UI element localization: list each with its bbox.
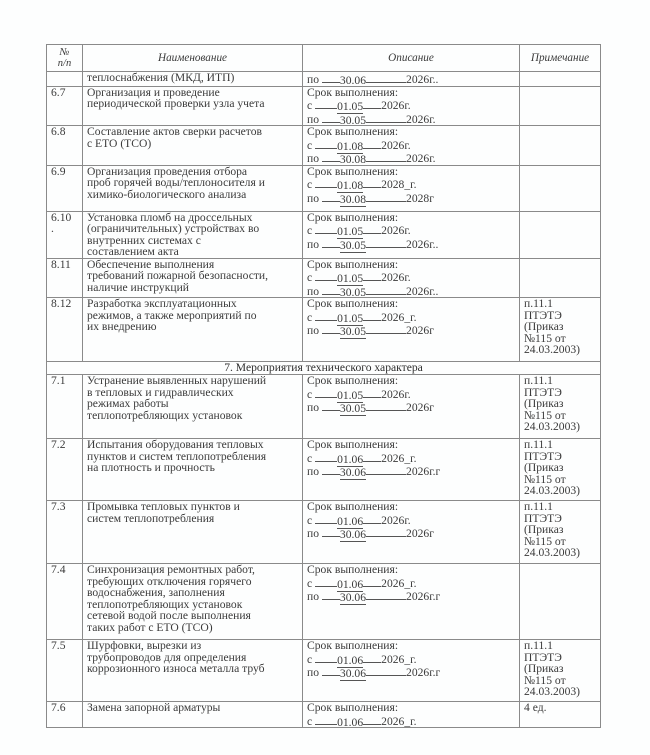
- start-date-line: с 01.062026г.: [307, 513, 515, 527]
- start-date: 01.06: [337, 515, 363, 529]
- row-description: Срок выполнения:с 01.062026_г.: [303, 702, 520, 728]
- row-name: Синхронизация ремонтных работ,требующих …: [83, 564, 303, 640]
- deadline-label: Срок выполнения:: [307, 640, 515, 652]
- blank-underline: [315, 310, 337, 321]
- row-name: Замена запорной арматуры: [83, 702, 303, 728]
- blank-underline: [315, 513, 337, 524]
- date-prefix: с: [307, 577, 312, 590]
- deadline-label: Срок выполнения:: [307, 564, 515, 576]
- end-date: 30.05: [340, 402, 366, 416]
- blank-underline: [363, 387, 381, 398]
- start-date-line: с 01.052026г.: [307, 387, 515, 401]
- blank-underline: [363, 223, 381, 234]
- row-name-line: наличие инструкций: [87, 282, 298, 294]
- row-name: Составление актов сверки расчетовс ЕТО (…: [83, 126, 303, 166]
- end-year: 2026г.: [406, 152, 436, 165]
- row-note: п.11.1ПТЭТЭ(Приказ№115 от24.03.2003): [520, 439, 601, 501]
- row-note: [520, 126, 601, 166]
- blank-underline: [315, 223, 337, 234]
- row-number-text: 6.8: [51, 126, 78, 138]
- row-number: 7.6: [47, 702, 83, 728]
- start-year: 2026_г.: [381, 577, 416, 590]
- blank-underline: [366, 72, 406, 83]
- table-row: 6.7Организация и проведениепериодической…: [47, 86, 601, 126]
- blank-underline: [315, 98, 337, 109]
- start-year: 2026г.: [381, 139, 411, 152]
- end-date: 30.05: [340, 286, 366, 298]
- blank-underline: [366, 237, 406, 248]
- row-description: Срок выполнения:с 01.082026г.по 30.08202…: [303, 126, 520, 166]
- blank-underline: [366, 112, 406, 123]
- end-year: 2026г..: [406, 285, 438, 298]
- row-note: [520, 564, 601, 640]
- end-date: 30.06: [340, 74, 366, 86]
- start-year: 2026г.: [381, 514, 411, 527]
- row-note: 4 ед.: [520, 702, 601, 728]
- start-date-line: с 01.062026_г.: [307, 652, 515, 666]
- header-description: Описание: [303, 45, 520, 72]
- blank-underline: [315, 387, 337, 398]
- row-number-text: 7.3: [51, 501, 78, 513]
- row-name-line: с ЕТО (ТСО): [87, 138, 298, 150]
- note-line: п.11.1: [524, 640, 596, 652]
- row-number-text: 8.12: [51, 298, 78, 310]
- note-line: (Приказ: [524, 321, 596, 333]
- row-number: 6.10.: [47, 211, 83, 258]
- table-row: 8.12Разработка эксплуатационныхрежимов, …: [47, 298, 601, 362]
- deadline-label: Срок выполнения:: [307, 439, 515, 451]
- end-year: 2026г.: [406, 113, 436, 126]
- start-year: 2026г.: [381, 271, 411, 284]
- end-date: 30.06: [340, 466, 366, 480]
- start-date: 01.05: [337, 225, 363, 239]
- date-prefix: по: [307, 73, 319, 86]
- end-year: 2026г.г: [406, 590, 440, 603]
- deadline-label: Срок выполнения:: [307, 298, 515, 310]
- row-number-text: 7.1: [51, 375, 78, 387]
- start-date-line: с 01.052026г.: [307, 270, 515, 284]
- row-description: Срок выполнения:с 01.062026_г.по 30.0620…: [303, 640, 520, 702]
- deadline-label: Срок выполнения:: [307, 259, 515, 271]
- blank-underline: [322, 72, 340, 83]
- blank-underline: [366, 464, 406, 475]
- row-name-line: таких работ с ЕТО (ТСО): [87, 622, 298, 634]
- table-row: 6.9Организация проведения отборапроб гор…: [47, 165, 601, 211]
- works-schedule-table: № п/п Наименование Описание Примечание т…: [46, 44, 601, 728]
- row-number-text: 7.4: [51, 564, 78, 576]
- row-number-text: 7.5: [51, 640, 78, 652]
- row-note: п.11.1ПТЭТЭ(Приказ№115 от24.03.2003): [520, 640, 601, 702]
- note-line: п.11.1: [524, 439, 596, 451]
- header-name: Наименование: [83, 45, 303, 72]
- blank-underline: [363, 451, 381, 462]
- start-date-line: с 01.082028_г.: [307, 177, 515, 191]
- date-prefix: по: [307, 152, 319, 165]
- note-line: 24.03.2003): [524, 547, 596, 559]
- start-date-line: с 01.052026_г.: [307, 310, 515, 324]
- date-prefix: с: [307, 311, 312, 324]
- date-prefix: по: [307, 465, 319, 478]
- start-date: 01.06: [337, 654, 363, 668]
- row-name-line: на плотность и прочность: [87, 462, 298, 474]
- date-prefix: с: [307, 271, 312, 284]
- start-year: 2026г.: [381, 99, 411, 112]
- end-year: 2026г: [406, 401, 434, 414]
- deadline-label: Срок выполнения:: [307, 375, 515, 387]
- blank-underline: [363, 98, 381, 109]
- row-number-text: 8.11: [51, 259, 78, 271]
- row-name: Обеспечение выполнениятребований пожарно…: [83, 258, 303, 298]
- start-date: 01.08: [337, 140, 363, 154]
- blank-underline: [315, 652, 337, 663]
- note-line: п.11.1: [524, 375, 596, 387]
- date-prefix: с: [307, 715, 312, 728]
- row-name: Испытания оборудования тепловыхпунктов и…: [83, 439, 303, 501]
- row-number-text: 7.2: [51, 439, 78, 451]
- row-description: Срок выполнения:с 01.052026г.по 30.05202…: [303, 258, 520, 298]
- row-name: Шурфовки, вырезки изтрубопроводов для оп…: [83, 640, 303, 702]
- row-name-line: проб горячей воды/теплоносителя и: [87, 177, 298, 189]
- table-header-row: № п/п Наименование Описание Примечание: [47, 45, 601, 72]
- blank-underline: [315, 270, 337, 281]
- note-line: п.11.1: [524, 501, 596, 513]
- end-date: 30.05: [340, 114, 366, 126]
- deadline-label: Срок выполнения:: [307, 87, 515, 99]
- row-number-text: 6.7: [51, 87, 78, 99]
- start-date-line: с 01.082026г.: [307, 138, 515, 152]
- row-number: 7.1: [47, 375, 83, 439]
- date-prefix: по: [307, 527, 319, 540]
- note-line: 24.03.2003): [524, 686, 596, 698]
- blank-underline: [363, 513, 381, 524]
- row-number: 8.12: [47, 298, 83, 362]
- blank-underline: [366, 284, 406, 295]
- row-name-line: водоснабжения, заполнения: [87, 587, 298, 599]
- row-number: [47, 72, 83, 87]
- row-note: п.11.1ПТЭТЭ(Приказ№115 от24.03.2003): [520, 298, 601, 362]
- header-note: Примечание: [520, 45, 601, 72]
- date-prefix: с: [307, 139, 312, 152]
- end-year: 2026г..: [406, 73, 438, 86]
- row-name-line: (ограничительных) устройствах во: [87, 223, 298, 235]
- row-number: 7.2: [47, 439, 83, 501]
- start-date-line: с 01.052026г.: [307, 98, 515, 112]
- row-description: по 30.062026г..: [303, 72, 520, 87]
- row-name-line: теплопотребляющих установок: [87, 410, 298, 422]
- row-note: [520, 165, 601, 211]
- row-description: Срок выполнения:с 01.062026_г.по 30.0620…: [303, 439, 520, 501]
- row-name: Установка пломб на дроссельных(ограничит…: [83, 211, 303, 258]
- table-row: теплоснабжения (МКД, ИТП)по 30.062026г..: [47, 72, 601, 87]
- row-note: [520, 86, 601, 126]
- header-number-label: п/п: [51, 58, 78, 69]
- blank-underline: [363, 714, 381, 725]
- table-row: 7.3Промывка тепловых пунктов исистем теп…: [47, 501, 601, 564]
- start-date: 01.06: [337, 453, 363, 467]
- note-line: (Приказ: [524, 462, 596, 474]
- row-name-line: Устранение выявленных нарушений: [87, 375, 298, 387]
- end-year: 2026г..: [406, 238, 438, 251]
- end-year: 2028г: [406, 192, 434, 205]
- start-year: 2026_г.: [381, 653, 416, 666]
- row-name-line: систем теплопотребления: [87, 513, 298, 525]
- note-line: (Приказ: [524, 398, 596, 410]
- blank-underline: [363, 576, 381, 587]
- date-prefix: с: [307, 653, 312, 666]
- row-name: теплоснабжения (МКД, ИТП): [83, 72, 303, 87]
- row-description: Срок выполнения:с 01.052026г.по 30.05202…: [303, 86, 520, 126]
- note-line: 24.03.2003): [524, 421, 596, 433]
- start-year: 2026_г.: [381, 311, 416, 324]
- row-note: [520, 258, 601, 298]
- note-line: 24.03.2003): [524, 485, 596, 497]
- start-date: 01.05: [337, 312, 363, 326]
- end-year: 2026г.г: [406, 666, 440, 679]
- row-name-line: сетевой водой после выполнения: [87, 610, 298, 622]
- row-number: 6.8: [47, 126, 83, 166]
- row-description: Срок выполнения:с 01.062026г.по 30.06202…: [303, 501, 520, 564]
- blank-underline: [363, 270, 381, 281]
- date-prefix: по: [307, 238, 319, 251]
- date-prefix: с: [307, 388, 312, 401]
- row-number-text: 6.9: [51, 166, 78, 178]
- row-name-line: их внедрению: [87, 321, 298, 333]
- row-note: [520, 211, 601, 258]
- blank-underline: [315, 451, 337, 462]
- end-date-line: по 30.062026г..: [307, 72, 515, 86]
- date-prefix: с: [307, 99, 312, 112]
- date-prefix: с: [307, 452, 312, 465]
- row-description: Срок выполнения:с 01.062026_г.по 30.0620…: [303, 564, 520, 640]
- start-date: 01.06: [337, 716, 363, 728]
- date-prefix: с: [307, 178, 312, 191]
- row-number: 7.5: [47, 640, 83, 702]
- row-name-line: Составление актов сверки расчетов: [87, 126, 298, 138]
- table-row: 7.6Замена запорной арматурыСрок выполнен…: [47, 702, 601, 728]
- date-prefix: с: [307, 224, 312, 237]
- start-date-line: с 01.062026_г.: [307, 576, 515, 590]
- table-row: 6.10.Установка пломб на дроссельных(огра…: [47, 211, 601, 258]
- row-number: 8.11: [47, 258, 83, 298]
- start-date: 01.05: [337, 100, 363, 114]
- row-number-text: 7.6: [51, 702, 78, 714]
- end-year: 2026г.г: [406, 465, 440, 478]
- table-row: 6.8Составление актов сверки расчетовс ЕТ…: [47, 126, 601, 166]
- row-description: Срок выполнения:с 01.052026_г.по 30.0520…: [303, 298, 520, 362]
- row-name: Промывка тепловых пунктов исистем теплоп…: [83, 501, 303, 564]
- start-year: 2026г.: [381, 388, 411, 401]
- blank-underline: [363, 177, 381, 188]
- table-row: 7.4Синхронизация ремонтных работ,требующ…: [47, 564, 601, 640]
- row-note: п.11.1ПТЭТЭ(Приказ№115 от24.03.2003): [520, 501, 601, 564]
- row-name-line: Испытания оборудования тепловых: [87, 439, 298, 451]
- row-note: п.11.1ПТЭТЭ(Приказ№115 от24.03.2003): [520, 375, 601, 439]
- note-line: 24.03.2003): [524, 344, 596, 356]
- date-prefix: по: [307, 401, 319, 414]
- deadline-label: Срок выполнения:: [307, 166, 515, 178]
- blank-underline: [366, 400, 406, 411]
- end-date: 30.06: [340, 591, 366, 605]
- blank-underline: [363, 652, 381, 663]
- blank-underline: [315, 138, 337, 149]
- start-year: 2026_г.: [381, 715, 416, 728]
- row-name-line: Шурфовки, вырезки из: [87, 640, 298, 652]
- blank-underline: [366, 323, 406, 334]
- table-row: 7.1Устранение выявленных нарушенийв тепл…: [47, 375, 601, 439]
- row-number: 7.4: [47, 564, 83, 640]
- start-year: 2026г.: [381, 224, 411, 237]
- row-name-line: Замена запорной арматуры: [87, 702, 298, 714]
- deadline-label: Срок выполнения:: [307, 501, 515, 513]
- table-row: 8.11Обеспечение выполнениятребований пож…: [47, 258, 601, 298]
- row-name-line: составлением акта: [87, 246, 298, 258]
- start-year: 2026_г.: [381, 452, 416, 465]
- start-date: 01.05: [337, 272, 363, 286]
- date-prefix: по: [307, 285, 319, 298]
- note-line: (Приказ: [524, 663, 596, 675]
- section-title: 7. Мероприятия технического характера: [47, 362, 601, 375]
- row-name-line: требований пожарной безопасности,: [87, 270, 298, 282]
- start-date-line: с 01.052026г.: [307, 223, 515, 237]
- blank-underline: [315, 714, 337, 725]
- row-name-line: Промывка тепловых пунктов и: [87, 501, 298, 513]
- blank-underline: [315, 177, 337, 188]
- end-date: 30.05: [340, 325, 366, 339]
- row-name: Разработка эксплуатационныхрежимов, а та…: [83, 298, 303, 362]
- row-name: Устранение выявленных нарушенийв тепловы…: [83, 375, 303, 439]
- table-body: теплоснабжения (МКД, ИТП)по 30.062026г..…: [47, 72, 601, 728]
- row-number: 7.3: [47, 501, 83, 564]
- blank-underline: [366, 191, 406, 202]
- deadline-label: Срок выполнения:: [307, 126, 515, 138]
- row-name-line: Разработка эксплуатационных: [87, 298, 298, 310]
- row-description: Срок выполнения:с 01.052026г.по 30.05202…: [303, 375, 520, 439]
- end-year: 2026г: [406, 324, 434, 337]
- row-number: 6.9: [47, 165, 83, 211]
- row-name-line: Синхронизация ремонтных работ,: [87, 564, 298, 576]
- blank-underline: [366, 151, 406, 162]
- row-name-line: химико-биологического анализа: [87, 189, 298, 201]
- start-date: 01.08: [337, 179, 363, 193]
- date-prefix: по: [307, 324, 319, 337]
- row-number-text: 6.10: [51, 212, 78, 224]
- note-line: (Приказ: [524, 524, 596, 536]
- row-name-line: коррозионного износа металла труб: [87, 663, 298, 675]
- note-line: 4 ед.: [524, 702, 596, 714]
- end-date: 30.05: [340, 239, 366, 253]
- start-year: 2028_г.: [381, 178, 416, 191]
- date-prefix: по: [307, 666, 319, 679]
- blank-underline: [366, 526, 406, 537]
- start-date-line: с 01.062026_г.: [307, 714, 515, 728]
- end-date: 30.06: [340, 667, 366, 681]
- blank-underline: [366, 665, 406, 676]
- blank-underline: [363, 138, 381, 149]
- start-date: 01.06: [337, 578, 363, 592]
- section-row: 7. Мероприятия технического характера: [47, 362, 601, 375]
- end-year: 2026г: [406, 527, 434, 540]
- table-row: 7.5Шурфовки, вырезки изтрубопроводов для…: [47, 640, 601, 702]
- header-number: № п/п: [47, 45, 83, 72]
- row-name-line: теплоснабжения (МКД, ИТП): [87, 72, 298, 84]
- date-prefix: с: [307, 514, 312, 527]
- start-date: 01.05: [337, 389, 363, 403]
- deadline-label: Срок выполнения:: [307, 212, 515, 224]
- row-description: Срок выполнения:с 01.052026г.по 30.05202…: [303, 211, 520, 258]
- blank-underline: [315, 576, 337, 587]
- date-prefix: по: [307, 590, 319, 603]
- end-date: 30.06: [340, 528, 366, 542]
- date-prefix: по: [307, 192, 319, 205]
- end-date: 30.08: [340, 193, 366, 207]
- start-date-line: с 01.062026_г.: [307, 451, 515, 465]
- row-description: Срок выполнения:с 01.082028_г.по 30.0820…: [303, 165, 520, 211]
- date-prefix: по: [307, 113, 319, 126]
- blank-underline: [363, 310, 381, 321]
- row-note: [520, 72, 601, 87]
- deadline-label: Срок выполнения:: [307, 702, 515, 714]
- table-row: 7.2Испытания оборудования тепловыхпункто…: [47, 439, 601, 501]
- blank-underline: [366, 589, 406, 600]
- end-date: 30.08: [340, 153, 366, 165]
- row-name: Организация и проведениепериодической пр…: [83, 86, 303, 126]
- row-number: 6.7: [47, 86, 83, 126]
- row-name: Организация проведения отборапроб горяче…: [83, 165, 303, 211]
- header-number-symbol: №: [51, 47, 78, 58]
- row-number-text: .: [51, 223, 78, 235]
- note-line: п.11.1: [524, 298, 596, 310]
- row-name-line: режимах работы: [87, 398, 298, 410]
- row-name-line: периодической проверки узла учета: [87, 98, 298, 110]
